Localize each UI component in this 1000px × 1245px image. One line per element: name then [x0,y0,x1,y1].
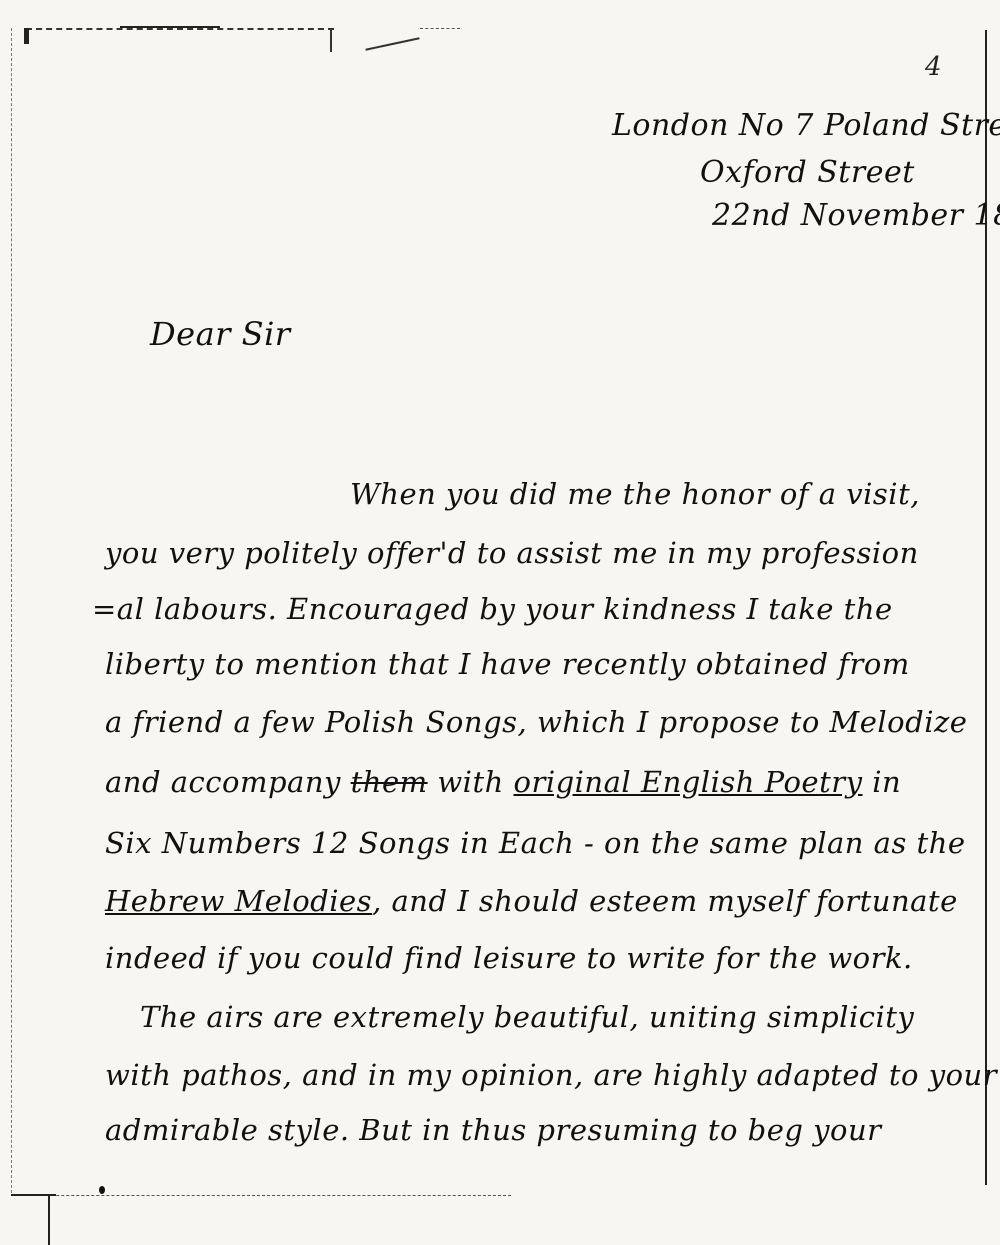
body-line-3: =al labours. Encouraged by your kindness… [92,592,893,626]
binding-line [48,1195,50,1245]
page-border-top [26,28,334,30]
body-line-10: The airs are extremely beautiful, unitin… [140,1000,914,1034]
body-line-11: with pathos, and in my opinion, are high… [105,1058,997,1092]
body-line-9: indeed if you could find leisure to writ… [105,941,913,975]
ink-blot [99,1186,105,1194]
page-corner-mark [24,28,29,44]
body-line-5: a friend a few Polish Songs, which I pro… [105,705,967,739]
body-line-6-middle: with [428,765,514,799]
body-line-6-prefix: and accompany [105,765,351,799]
body-line-8: Hebrew Melodies, and I should esteem mys… [105,884,958,918]
body-line-12: admirable style. But in thus presuming t… [105,1113,882,1147]
letter-date: 22nd November 1815 [712,198,1000,233]
page-border-left [11,28,13,1193]
page-number: 4 [925,52,942,82]
salutation: Dear Sir [150,315,291,353]
address-line-2: Oxford Street [700,155,915,190]
body-line-6: and accompany them with original English… [105,765,901,799]
page-border-top-right [420,28,460,29]
page-border-bottom [11,1195,511,1196]
scanned-letter-page: 4 London No 7 Poland Street Oxford Stree… [0,0,1000,1245]
struck-word: them [351,765,428,799]
body-line-4: liberty to mention that I have recently … [105,647,910,681]
body-line-7: Six Numbers 12 Songs in Each - on the sa… [105,826,966,860]
underlined-phrase: original English Poetry [514,765,863,799]
body-line-2: you very politely offer'd to assist me i… [105,536,919,570]
body-line-8-suffix: , and I should esteem myself fortunate [372,884,958,918]
page-border-tick [330,28,332,52]
page-border-top-solid [120,26,220,28]
underlined-title: Hebrew Melodies [105,884,372,918]
page-border-dash [365,37,419,50]
address-line-1: London No 7 Poland Street [612,108,1000,143]
body-line-6-suffix: in [863,765,902,799]
body-line-1: When you did me the honor of a visit, [350,477,920,511]
